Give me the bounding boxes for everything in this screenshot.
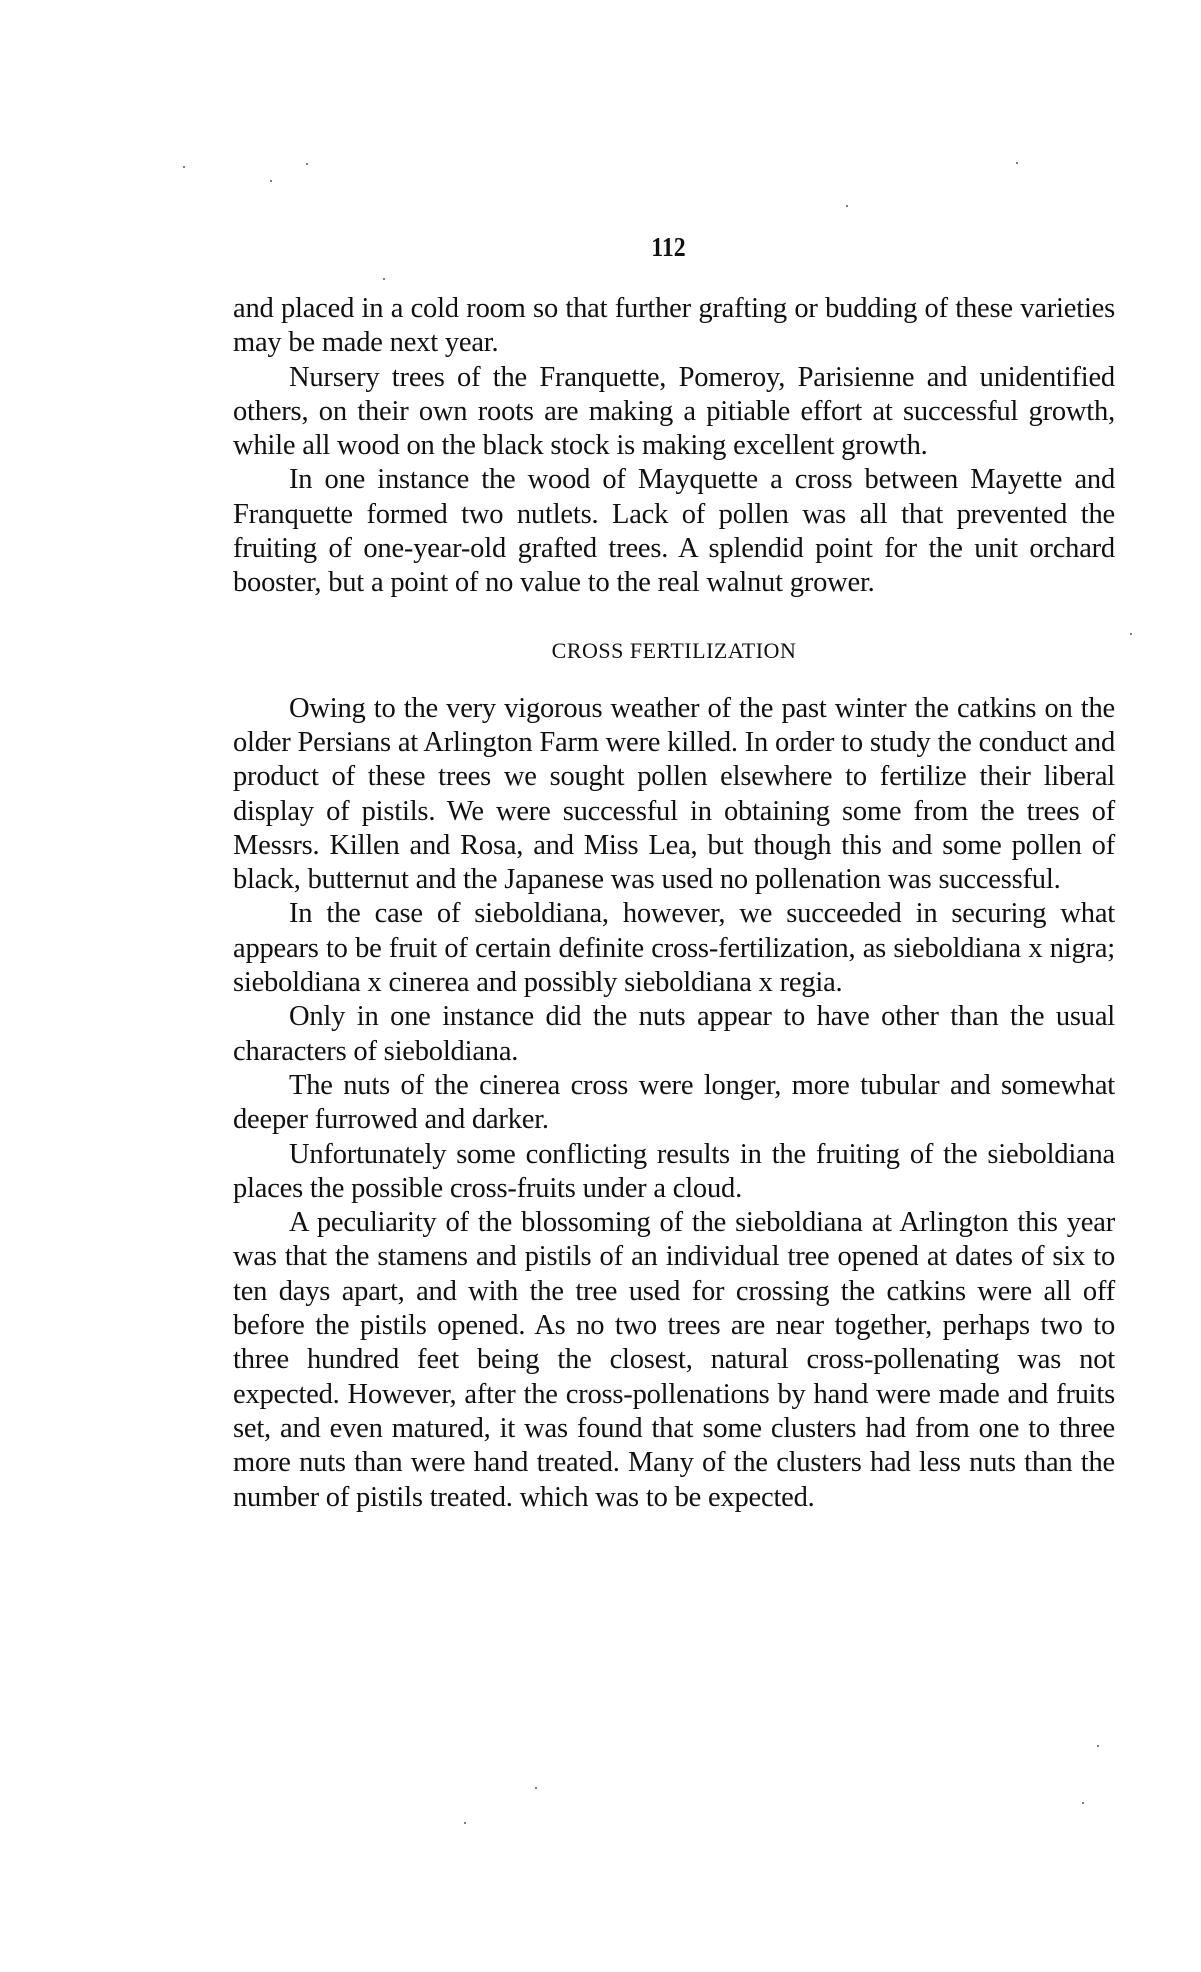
scan-speck	[1082, 1802, 1084, 1804]
paragraph-5: In the case of sieboldiana, however, we …	[233, 897, 1115, 1000]
paragraph-1: and placed in a cold room so that furthe…	[233, 292, 1115, 361]
paragraph-9: A peculiarity of the blossoming of the s…	[233, 1206, 1115, 1515]
scan-speck	[1097, 1745, 1099, 1747]
scan-speck	[270, 180, 272, 182]
scan-speck	[268, 740, 270, 742]
paragraph-4: Owing to the very vigorous weather of th…	[233, 692, 1115, 898]
text-column: and placed in a cold room so that furthe…	[233, 292, 1115, 1515]
scanned-page: 112 and placed in a cold room so that fu…	[0, 0, 1201, 1972]
scan-speck	[306, 163, 308, 165]
page-number: 112	[80, 232, 1137, 263]
paragraph-6: Only in one instance did the nuts appear…	[233, 1000, 1115, 1069]
scan-speck	[846, 205, 848, 207]
page-number-text: 112	[651, 232, 685, 262]
scan-speck	[383, 278, 385, 280]
scan-speck	[1130, 633, 1132, 635]
paragraph-2: Nursery trees of the Franquette, Pomeroy…	[233, 361, 1115, 464]
scan-speck	[1016, 162, 1018, 164]
scan-speck	[535, 1787, 537, 1789]
paragraph-7: The nuts of the cinerea cross were longe…	[233, 1069, 1115, 1138]
section-heading: CROSS FERTILIZATION	[233, 634, 1115, 668]
scan-speck	[464, 1822, 466, 1824]
paragraph-8: Unfortunately some conflicting results i…	[233, 1138, 1115, 1207]
paragraph-3: In one instance the wood of Mayquette a …	[233, 463, 1115, 600]
scan-speck	[183, 166, 185, 168]
